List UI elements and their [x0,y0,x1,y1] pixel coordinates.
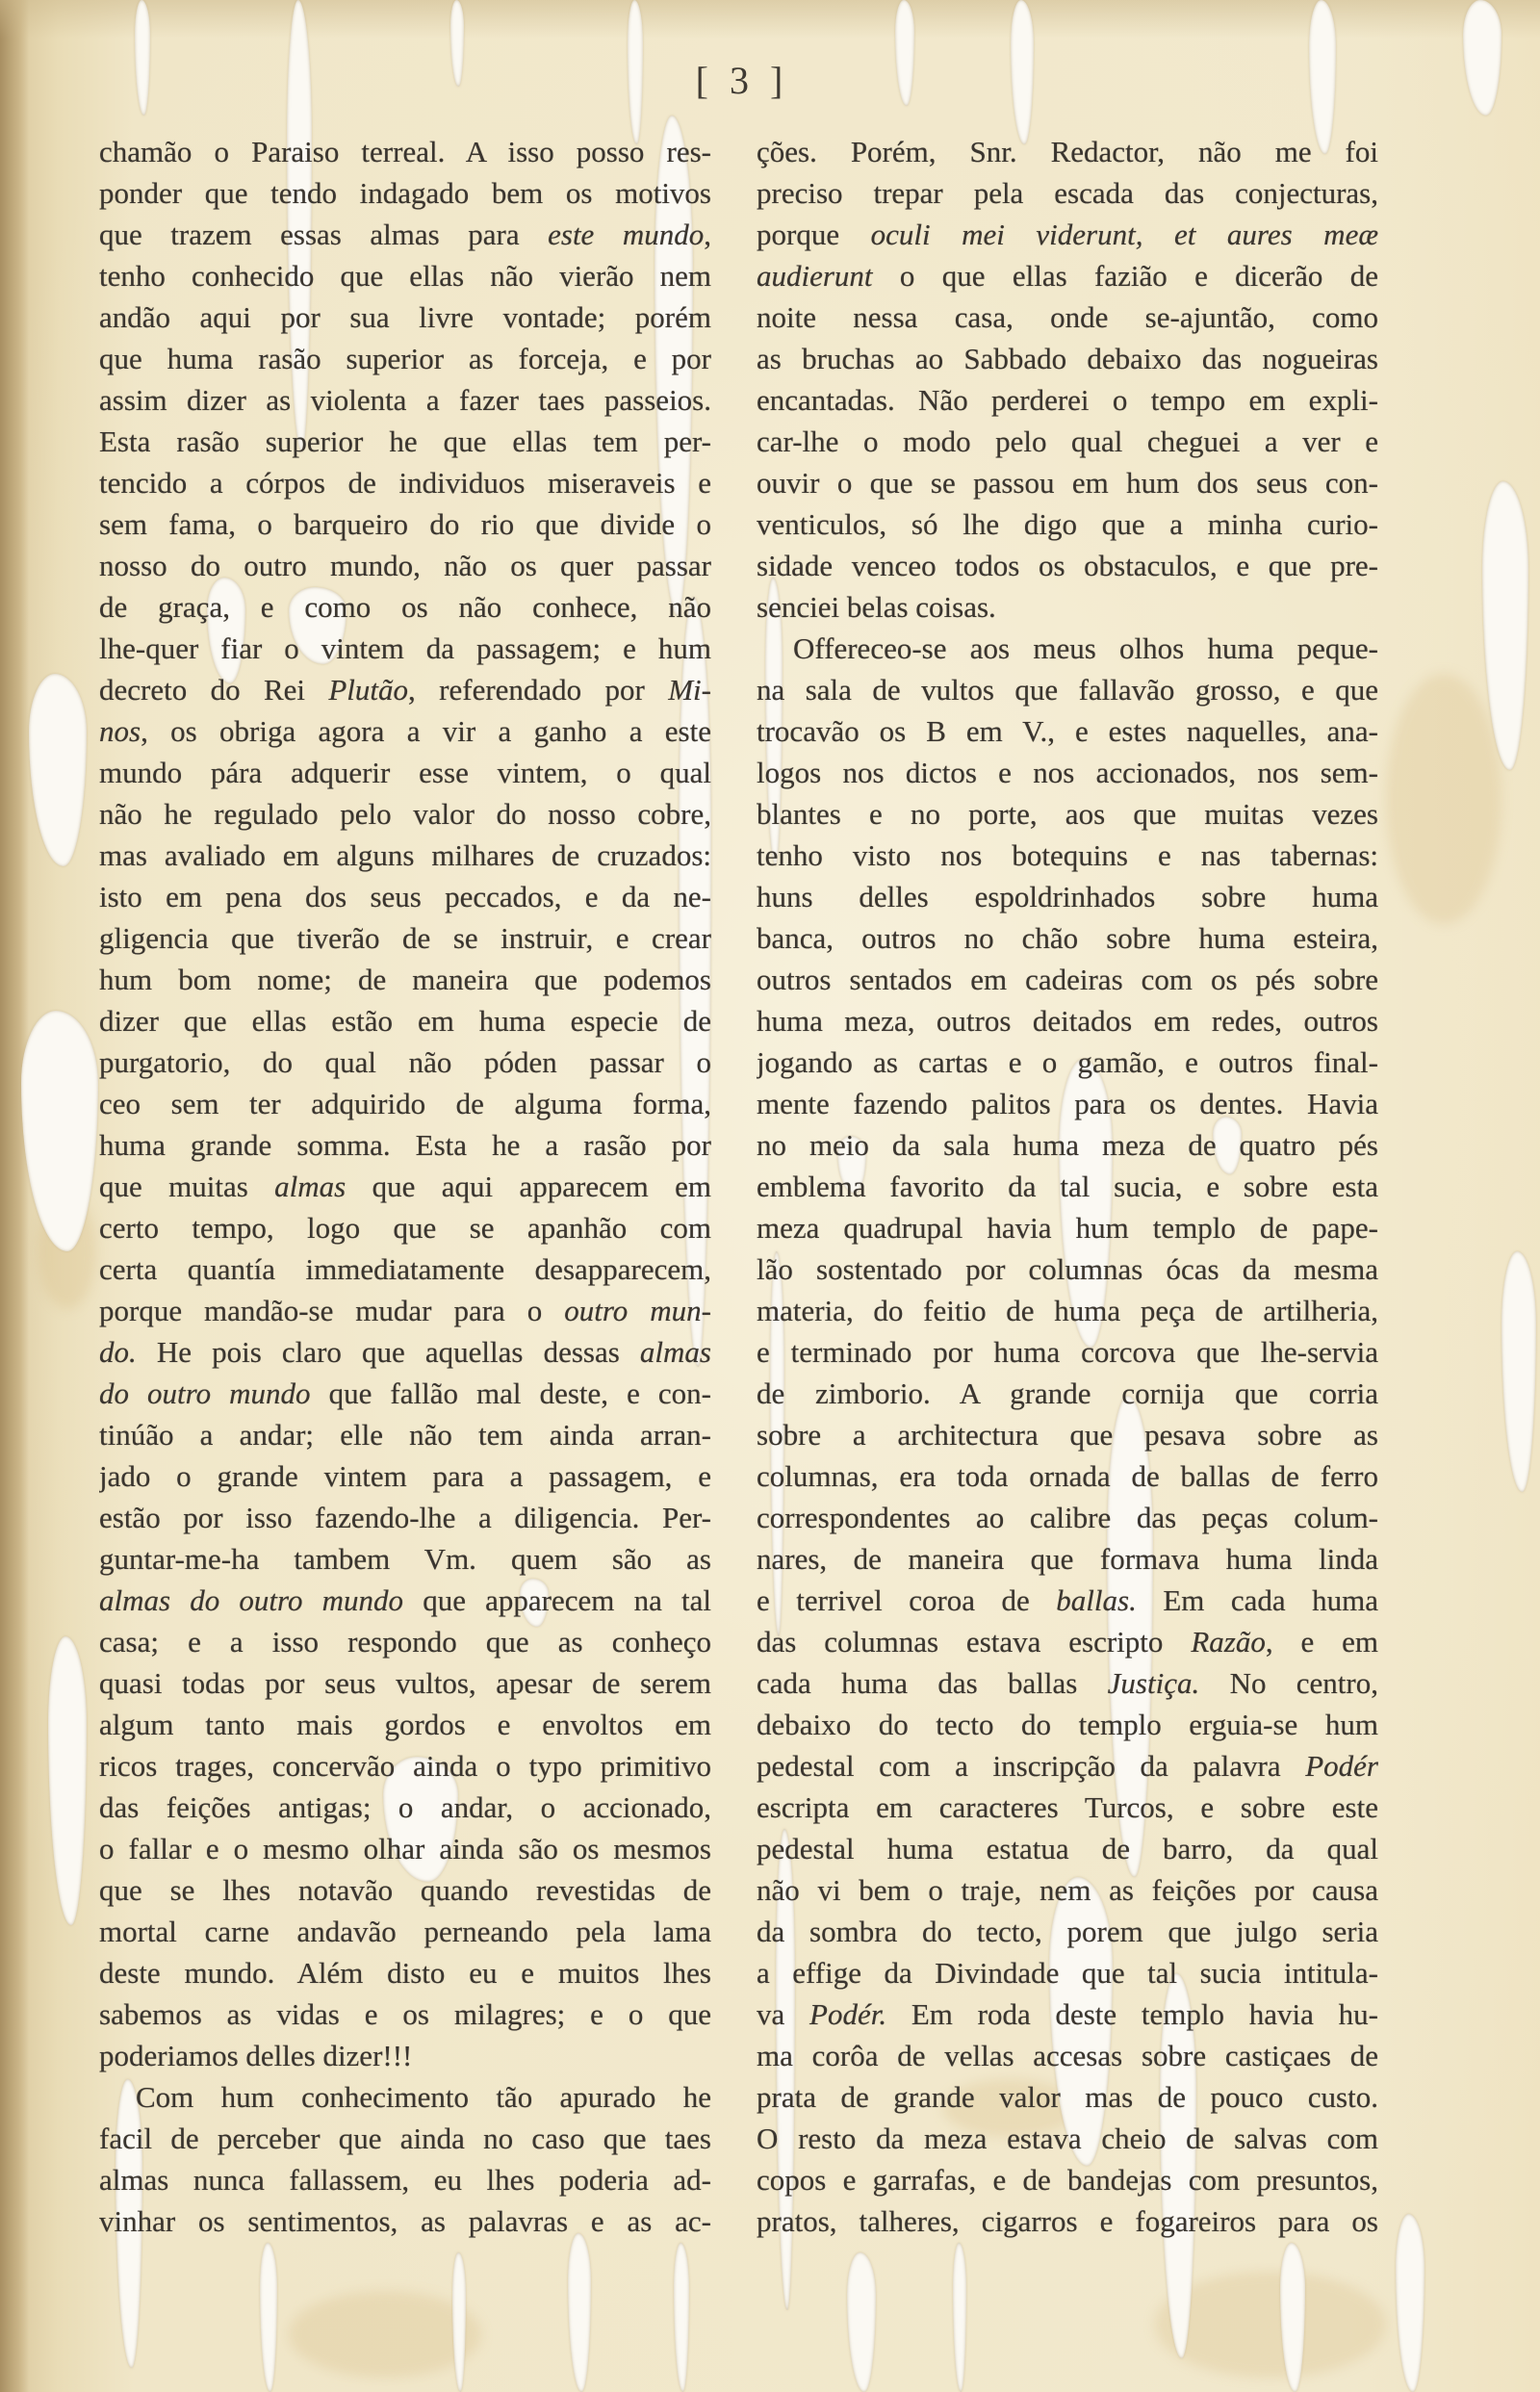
text-line: mente fazendo palitos para os dentes. Ha… [757,1083,1378,1124]
text-run: jogando as cartas e o gamão, e outros fi… [757,1045,1378,1079]
text-run: isto em pena dos seus peccados, e da ne- [99,880,711,913]
text-line: isto em pena dos seus peccados, e da ne- [99,876,711,917]
text-line: mundo pára adquerir esse vintem, o qual [99,752,711,793]
text-run: poderiamos delles dizer!!! [99,2039,412,2072]
paragraph-start-line: Offereceo-se aos meus olhos huma peque- [757,628,1378,669]
text-run: ceo sem ter adquirido de alguma forma, [99,1087,711,1120]
text-run: facil de perceber que ainda no caso que … [99,2122,711,2155]
text-run: pratos, talheres, cigarros e fogareiros … [757,2204,1378,2238]
text-run: mas avaliado em alguns milhares de cruza… [99,838,711,872]
text-line: das columnas estava escripto Razão, e em [757,1621,1378,1662]
text-run: O resto da meza estava cheio de salvas c… [757,2122,1378,2155]
text-line: nares, de maneira que formava huma linda [757,1538,1378,1580]
paper-damage [452,2252,466,2392]
text-line: jado o grande vintem para a passagem, e [99,1455,711,1497]
paper-damage [847,2252,876,2392]
text-run: tenho conhecido que ellas não vierão nem [99,259,711,293]
text-run: sabemos as vidas e os milagres; e o que [99,1997,711,2031]
text-run: huma grande somma. Esta he a rasão por [99,1128,711,1162]
text-line: na sala de vultos que fallavão grosso, e… [757,669,1378,710]
text-run: que muitas [99,1170,274,1203]
text-run: não he regulado pelo valor do nosso cobr… [99,797,711,831]
page-edge-shadow [0,0,29,2392]
italic-text-run: Razão [1191,1625,1266,1659]
text-run: nares, de maneira que formava huma linda [757,1542,1378,1576]
text-run: de zimborio. A grande cornija que corria [757,1376,1378,1410]
scanned-page: [ 3 ] chamão o Paraiso terreal. A isso p… [0,0,1540,2392]
text-line: não he regulado pelo valor do nosso cobr… [99,793,711,835]
italic-text-run: almas [274,1170,346,1203]
paper-damage [1463,0,1501,116]
text-run: sidade venceo todos os obstaculos, e que… [757,549,1378,582]
text-line: algum tanto mais gordos e envoltos em [99,1704,711,1745]
text-run: e terminado por huma corcova que lhe-ser… [757,1335,1378,1369]
text-line: ouvir o que se passou em hum dos seus co… [757,462,1378,503]
text-line: quasi todas por seus vultos, apesar de s… [99,1662,711,1704]
text-line: da sombra do tecto, porem que julgo seri… [757,1911,1378,1952]
text-run: He pois claro que aquellas dessas [137,1335,640,1369]
text-run: Esta rasão superior he que ellas tem per… [99,424,711,458]
text-run: que trazem essas almas para [99,218,548,251]
text-run: columnas, era toda ornada de ballas de f… [757,1459,1378,1493]
text-run: trocavão os B em V., e estes naquelles, … [757,714,1378,748]
age-stain [1386,674,1501,924]
text-line: tenho conhecido que ellas não vierão nem [99,255,711,296]
text-run: sem fama, o barqueiro do rio que divide … [99,507,711,541]
text-run: chamão o Paraiso terreal. A isso posso r… [99,135,711,168]
text-line: correspondentes ao calibre das peças col… [757,1497,1378,1538]
text-run: blantes e no porte, aos que muitas vezes [757,797,1378,831]
text-run: casa; e a isso respondo que as conheço [99,1625,711,1659]
text-line: huns delles espoldrinhados sobre huma [757,876,1378,917]
italic-text-run: almas do outro mundo [99,1583,403,1617]
text-run: huma meza, outros deitados em redes, out… [757,1004,1378,1038]
text-run: a effige da Divindade que tal sucia inti… [757,1956,1378,1990]
text-line: nos, os obriga agora a vir a ganho a est… [99,710,711,752]
text-line: almas do outro mundo que apparecem na ta… [99,1580,711,1621]
text-run: hum bom nome; de maneira que podemos [99,963,711,996]
right-column: ções. Porém, Snr. Redactor, não me foi p… [757,131,1378,2242]
text-run: correspondentes ao calibre das peças col… [757,1501,1378,1534]
text-line: que muitas almas que aqui apparecem em [99,1166,711,1207]
text-run: estão por isso fazendo-lhe a diligencia.… [99,1501,711,1534]
paper-damage [135,0,150,116]
left-column: chamão o Paraiso terreal. A isso posso r… [99,131,711,2242]
text-run: as bruchas ao Sabbado debaixo das noguei… [757,342,1378,375]
text-run: da sombra do tecto, porem que julgo seri… [757,1915,1378,1948]
paper-damage [895,0,914,106]
text-line: audierunt o que ellas fazião e dicerão d… [757,255,1378,296]
text-line: tinúão a andar; elle não tem ainda arran… [99,1414,711,1455]
text-run: deste mundo. Além disto eu e muitos lhes [99,1956,711,1990]
text-line: preciso trepar pela escada das conjectur… [757,172,1378,214]
text-run: emblema favorito da tal sucia, e sobre e… [757,1170,1378,1203]
text-run: ricos trages, concervão ainda o typo pri… [99,1749,711,1783]
text-run: lão sostentado por columnas ócas da mesm… [757,1252,1378,1286]
text-line: trocavão os B em V., e estes naquelles, … [757,710,1378,752]
text-line: tencido a córpos de individuos miseravei… [99,462,711,503]
italic-text-run: oculi mei viderunt, et aures meæ [871,218,1378,251]
italic-text-run: almas [640,1335,711,1369]
italic-text-run: nos [99,714,141,748]
italic-text-run: este mundo [548,218,704,251]
text-run: , referendado por [408,673,668,707]
text-line: columnas, era toda ornada de ballas de f… [757,1455,1378,1497]
text-run: jado o grande vintem para a passagem, e [99,1459,711,1493]
text-line: no meio da sala huma meza de quatro pés [757,1124,1378,1166]
paper-damage [953,2243,966,2392]
text-line: materia, do feitio de huma peça de artil… [757,1290,1378,1331]
text-run: gligencia que tiverão de se instruir, e … [99,921,711,955]
text-line: decreto do Rei Plutão, referendado por M… [99,669,711,710]
text-line: das feições antigas; o andar, o accionad… [99,1787,711,1828]
text-line: tenho visto nos botequins e nas tabernas… [757,835,1378,876]
text-run: sobre a architectura que pesava sobre as [757,1418,1378,1452]
text-run: encantadas. Não perderei o tempo em expl… [757,383,1378,417]
text-line: facil de perceber que ainda no caso que … [99,2118,711,2159]
text-line: debaixo do tecto do templo erguia-se hum [757,1704,1378,1745]
italic-text-run: outro mun- [564,1294,711,1327]
text-run: lhe-quer fiar o vintem da passagem; e hu… [99,631,711,665]
text-run: banca, outros no chão sobre huma esteira… [757,921,1378,955]
text-run: preciso trepar pela escada das conjectur… [757,176,1378,210]
text-line: ricos trages, concervão ainda o typo pri… [99,1745,711,1787]
paper-damage [674,2243,689,2392]
text-run: mundo pára adquerir esse vintem, o qual [99,756,711,789]
italic-text-run: do outro mundo [99,1376,311,1410]
text-line: e terminado por huma corcova que lhe-ser… [757,1331,1378,1373]
text-run: meza quadrupal havia hum templo de pape- [757,1211,1378,1245]
text-run: ponder que tendo indagado bem os motivos [99,176,711,210]
text-run: na sala de vultos que fallavão grosso, e… [757,673,1378,707]
paper-damage [1011,0,1034,144]
text-line: pedestal com a inscripção da palavra Pod… [757,1745,1378,1787]
text-run: vinhar os sentimentos, as palavras e as … [99,2204,711,2238]
paper-damage [1501,1251,1536,1492]
text-run: , e em [1266,1625,1378,1659]
text-line: encantadas. Não perderei o tempo em expl… [757,379,1378,421]
text-line: lhe-quer fiar o vintem da passagem; e hu… [99,628,711,669]
text-run: debaixo do tecto do templo erguia-se hum [757,1708,1378,1741]
text-run: outros sentados em cadeiras com os pés s… [757,963,1378,996]
text-line: ma corôa de vellas accesas sobre castiça… [757,2035,1378,2076]
text-run: tencido a córpos de individuos miseravei… [99,466,711,500]
text-run: dizer que ellas estão em huma especie de [99,1004,711,1038]
text-run: no meio da sala huma meza de quatro pés [757,1128,1378,1162]
paragraph-start-line: Com hum conhecimento tão apurado he [99,2076,711,2118]
text-line: que huma rasão superior as forceja, e po… [99,338,711,379]
text-line: car-lhe o modo pelo qual cheguei a ver e [757,421,1378,462]
text-line: noite nessa casa, onde se-ajuntão, como [757,296,1378,338]
text-line: emblema favorito da tal sucia, e sobre e… [757,1166,1378,1207]
text-line: lão sostentado por columnas ócas da mesm… [757,1248,1378,1290]
text-run: almas nunca fallassem, eu lhes poderia a… [99,2163,711,2197]
text-run: assim dizer as violenta a fazer taes pas… [99,383,711,417]
text-run: Em roda deste templo havia hu- [886,1997,1378,2031]
text-line: chamão o Paraiso terreal. A isso posso r… [99,131,711,172]
text-line: copos e garrafas, e de bandejas com pres… [757,2159,1378,2200]
text-line: almas nunca fallassem, eu lhes poderia a… [99,2159,711,2200]
text-line: o fallar e o mesmo olhar ainda são os me… [99,1828,711,1869]
italic-text-run: ballas. [1056,1583,1137,1617]
text-run: algum tanto mais gordos e envoltos em [99,1708,711,1741]
text-run: Offereceo-se aos meus olhos huma peque- [793,631,1378,665]
text-run: e terrivel coroa de [757,1583,1056,1617]
text-run: Com hum conhecimento tão apurado he [136,2080,711,2114]
text-line: e terrivel coroa de ballas. Em cada huma [757,1580,1378,1621]
text-line: de graça, e como os não conhece, não [99,586,711,628]
text-line: de zimborio. A grande cornija que corria [757,1373,1378,1414]
text-line: porque mandão-se mudar para o outro mun- [99,1290,711,1331]
text-line: pratos, talheres, cigarros e fogareiros … [757,2200,1378,2242]
text-line: que se lhes notavão quando revestidas de [99,1869,711,1911]
paper-damage [568,2233,591,2392]
italic-text-run: Mi- [668,673,711,707]
text-line: O resto da meza estava cheio de salvas c… [757,2118,1378,2159]
text-line: porque oculi mei viderunt, et aures meæ [757,214,1378,255]
text-run: tinúão a andar; elle não tem ainda arran… [99,1418,711,1452]
text-run: , [704,218,711,251]
text-line: banca, outros no chão sobre huma esteira… [757,917,1378,959]
text-line: guntar-me-ha tambem Vm. quem são as [99,1538,711,1580]
paper-damage [48,1636,87,1925]
text-run: senciei belas coisas. [757,590,996,624]
text-run: ma corôa de vellas accesas sobre castiça… [757,2039,1378,2072]
text-line: nosso do outro mundo, não os quer passar [99,545,711,586]
text-run: logos nos dictos e nos accionados, nos s… [757,756,1378,789]
text-run: das feições antigas; o andar, o accionad… [99,1790,711,1824]
text-run: prata de grande valor mas de pouco custo… [757,2080,1378,2114]
text-line: venticulos, só lhe digo que a minha curi… [757,503,1378,545]
text-line: dizer que ellas estão em huma especie de [99,1000,711,1042]
paper-damage [628,0,643,144]
text-line: certa quantía immediatamente desapparece… [99,1248,711,1290]
text-run: Em cada huma [1137,1583,1378,1617]
text-line: que trazem essas almas para este mundo, [99,214,711,255]
text-line: purgatorio, do qual não póden passar o [99,1042,711,1083]
text-line: escripta em caracteres Turcos, e sobre e… [757,1787,1378,1828]
text-line: mortal carne andavão perneando pela lama [99,1911,711,1952]
italic-text-run: Justiça. [1108,1666,1200,1700]
text-line: casa; e a isso respondo que as conheço [99,1621,711,1662]
text-run: de graça, e como os não conhece, não [99,590,711,624]
text-line: ções. Porém, Snr. Redactor, não me foi [757,131,1378,172]
text-run: decreto do Rei [99,673,328,707]
text-run: guntar-me-ha tambem Vm. quem são as [99,1542,711,1576]
italic-text-run: Podér [1305,1749,1378,1783]
text-run: que huma rasão superior as forceja, e po… [99,342,711,375]
text-line: gligencia que tiverão de se instruir, e … [99,917,711,959]
text-line: jogando as cartas e o gamão, e outros fi… [757,1042,1378,1083]
text-run: cada huma das ballas [757,1666,1108,1700]
text-line: pedestal huma estatua de barro, da qual [757,1828,1378,1869]
text-run: car-lhe o modo pelo qual cheguei a ver e [757,424,1378,458]
italic-text-run: Podér. [809,1997,886,2031]
text-line: Esta rasão superior he que ellas tem per… [99,421,711,462]
text-run: porque mandão-se mudar para o [99,1294,564,1327]
text-run: ções. Porém, Snr. Redactor, não me foi [757,135,1378,168]
text-run: va [757,1997,809,2031]
paper-damage [1396,2214,1424,2392]
paper-damage [260,2243,277,2392]
text-run: que aqui apparecem em [346,1170,711,1203]
text-run: purgatorio, do qual não póden passar o [99,1045,711,1079]
text-line: sabemos as vidas e os milagres; e o que [99,1993,711,2035]
paragraph-end-line: poderiamos delles dizer!!! [99,2035,711,2076]
text-line: sidade venceo todos os obstaculos, e que… [757,545,1378,586]
italic-text-run: audierunt [757,259,873,293]
text-run: quasi todas por seus vultos, apesar de s… [99,1666,711,1700]
text-run: não vi bem o traje, nem as feições por c… [757,1873,1378,1907]
text-run: pedestal huma estatua de barro, da qual [757,1832,1378,1865]
text-run: huns delles espoldrinhados sobre huma [757,880,1378,913]
text-line: deste mundo. Além disto eu e muitos lhes [99,1952,711,1993]
text-run: que se lhes notavão quando revestidas de [99,1873,711,1907]
text-line: huma grande somma. Esta he a rasão por [99,1124,711,1166]
text-run: tenho visto nos botequins e nas tabernas… [757,838,1378,872]
text-run: o fallar e o mesmo olhar ainda são os me… [99,1832,711,1865]
text-run: materia, do feitio de huma peça de artil… [757,1294,1378,1327]
text-line: estão por isso fazendo-lhe a diligencia.… [99,1497,711,1538]
text-run: , os obriga agora a vir a ganho a este [141,714,711,748]
text-run: certo tempo, logo que se apanhão com [99,1211,711,1245]
italic-text-run: do. [99,1335,137,1369]
text-run: o que ellas fazião e dicerão de [873,259,1378,293]
text-line: do outro mundo que fallão mal deste, e c… [99,1373,711,1414]
text-line: logos nos dictos e nos accionados, nos s… [757,752,1378,793]
text-line: prata de grande valor mas de pouco custo… [757,2076,1378,2118]
text-line: mas avaliado em alguns milhares de cruza… [99,835,711,876]
text-run: ouvir o que se passou em hum dos seus co… [757,466,1378,500]
text-line: sobre a architectura que pesava sobre as [757,1414,1378,1455]
text-line: ceo sem ter adquirido de alguma forma, [99,1083,711,1124]
text-run: mortal carne andavão perneando pela lama [99,1915,711,1948]
text-run: copos e garrafas, e de bandejas com pres… [757,2163,1378,2197]
text-line: cada huma das ballas Justiça. No centro, [757,1662,1378,1704]
text-run: No centro, [1199,1666,1378,1700]
text-line: meza quadrupal havia hum templo de pape- [757,1207,1378,1248]
text-run: venticulos, só lhe digo que a minha curi… [757,507,1378,541]
text-run: mente fazendo palitos para os dentes. Ha… [757,1087,1378,1120]
text-run: certa quantía immediatamente desapparece… [99,1252,711,1286]
text-line: hum bom nome; de maneira que podemos [99,959,711,1000]
text-line: vinhar os sentimentos, as palavras e as … [99,2200,711,2242]
text-line: assim dizer as violenta a fazer taes pas… [99,379,711,421]
text-line: certo tempo, logo que se apanhão com [99,1207,711,1248]
text-line: huma meza, outros deitados em redes, out… [757,1000,1378,1042]
text-line: do. He pois claro que aquellas dessas al… [99,1331,711,1373]
paper-damage [29,674,87,866]
text-run: que fallão mal deste, e con- [311,1376,711,1410]
text-run: que apparecem na tal [403,1583,711,1617]
italic-text-run: Plutão [328,673,408,707]
text-run: escripta em caracteres Turcos, e sobre e… [757,1790,1378,1824]
text-run: das columnas estava escripto [757,1625,1191,1659]
text-line: blantes e no porte, aos que muitas vezes [757,793,1378,835]
text-run: andão aqui por sua livre vontade; porém [99,300,711,334]
text-run: nosso do outro mundo, não os quer passar [99,549,711,582]
text-line: as bruchas ao Sabbado debaixo das noguei… [757,338,1378,379]
text-line: a effige da Divindade que tal sucia inti… [757,1952,1378,1993]
text-line: outros sentados em cadeiras com os pés s… [757,959,1378,1000]
text-run: noite nessa casa, onde se-ajuntão, como [757,300,1378,334]
page-number: [ 3 ] [689,58,795,103]
text-run: pedestal com a inscripção da palavra [757,1749,1305,1783]
paragraph-end-line: senciei belas coisas. [757,586,1378,628]
text-line: andão aqui por sua livre vontade; porém [99,296,711,338]
text-line: sem fama, o barqueiro do rio que divide … [99,503,711,545]
text-run: porque [757,218,871,251]
text-line: não vi bem o traje, nem as feições por c… [757,1869,1378,1911]
paper-damage [450,0,464,87]
text-line: va Podér. Em roda deste templo havia hu- [757,1993,1378,2035]
text-line: ponder que tendo indagado bem os motivos [99,172,711,214]
